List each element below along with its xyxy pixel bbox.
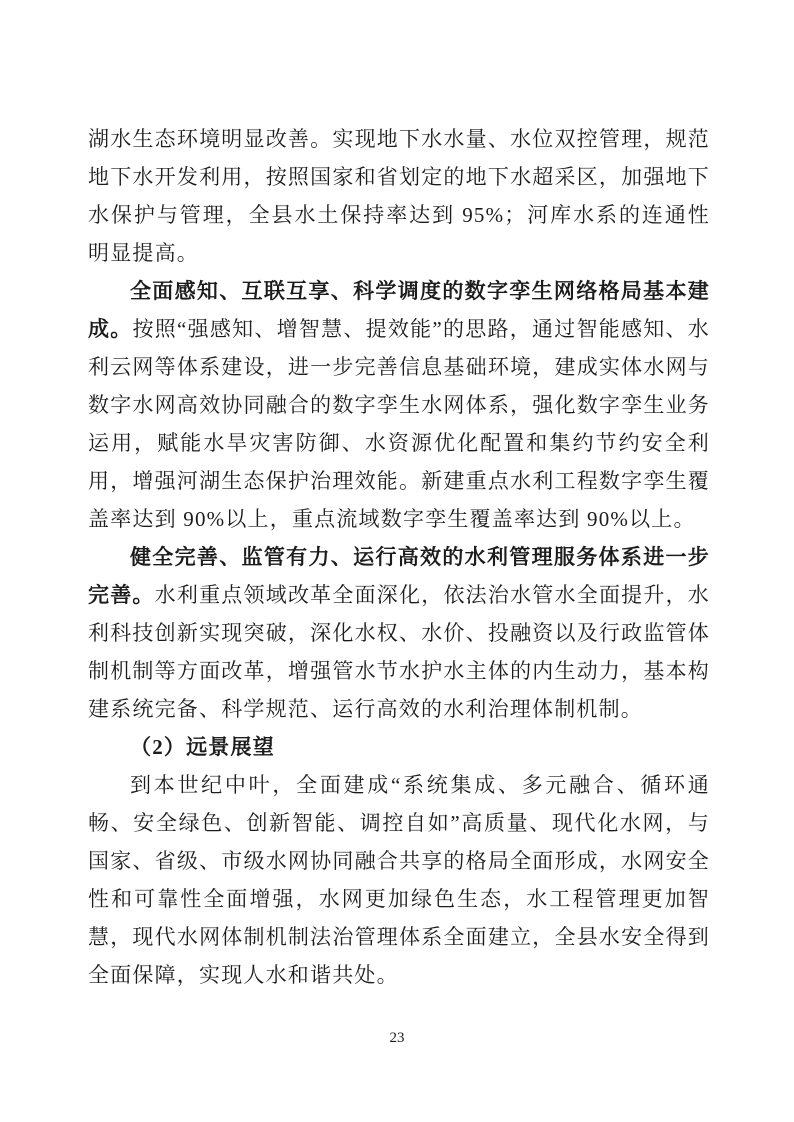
document-page: 湖水生态环境明显改善。实现地下水水量、水位双控管理，规范地下水开发利用，按照国家… bbox=[0, 0, 794, 1122]
paragraph-management-system-body: 水利重点领域改革全面深化，依法治水管水全面提升，水利科技创新实现突破，深化水权、… bbox=[88, 583, 710, 721]
section-heading-long-term-outlook: （2）远景展望 bbox=[88, 728, 710, 766]
page-number: 23 bbox=[0, 1030, 794, 1047]
paragraph-long-term-outlook: 到本世纪中叶，全面建成“系统集成、多元融合、循环通畅、安全绿色、创新智能、调控自… bbox=[88, 766, 710, 994]
paragraph-groundwater-continuation: 湖水生态环境明显改善。实现地下水水量、水位双控管理，规范地下水开发利用，按照国家… bbox=[88, 120, 710, 272]
paragraph-digital-twin: 全面感知、互联互享、科学调度的数字孪生网络格局基本建成。按照“强感知、增智慧、提… bbox=[88, 272, 710, 538]
paragraph-digital-twin-body: 按照“强感知、增智慧、提效能”的思路，通过智能感知、水利云网等体系建设，进一步完… bbox=[88, 317, 710, 531]
paragraph-management-system: 健全完善、监管有力、运行高效的水利管理服务体系进一步完善。水利重点领域改革全面深… bbox=[88, 538, 710, 728]
document-body: 湖水生态环境明显改善。实现地下水水量、水位双控管理，规范地下水开发利用，按照国家… bbox=[88, 120, 710, 994]
